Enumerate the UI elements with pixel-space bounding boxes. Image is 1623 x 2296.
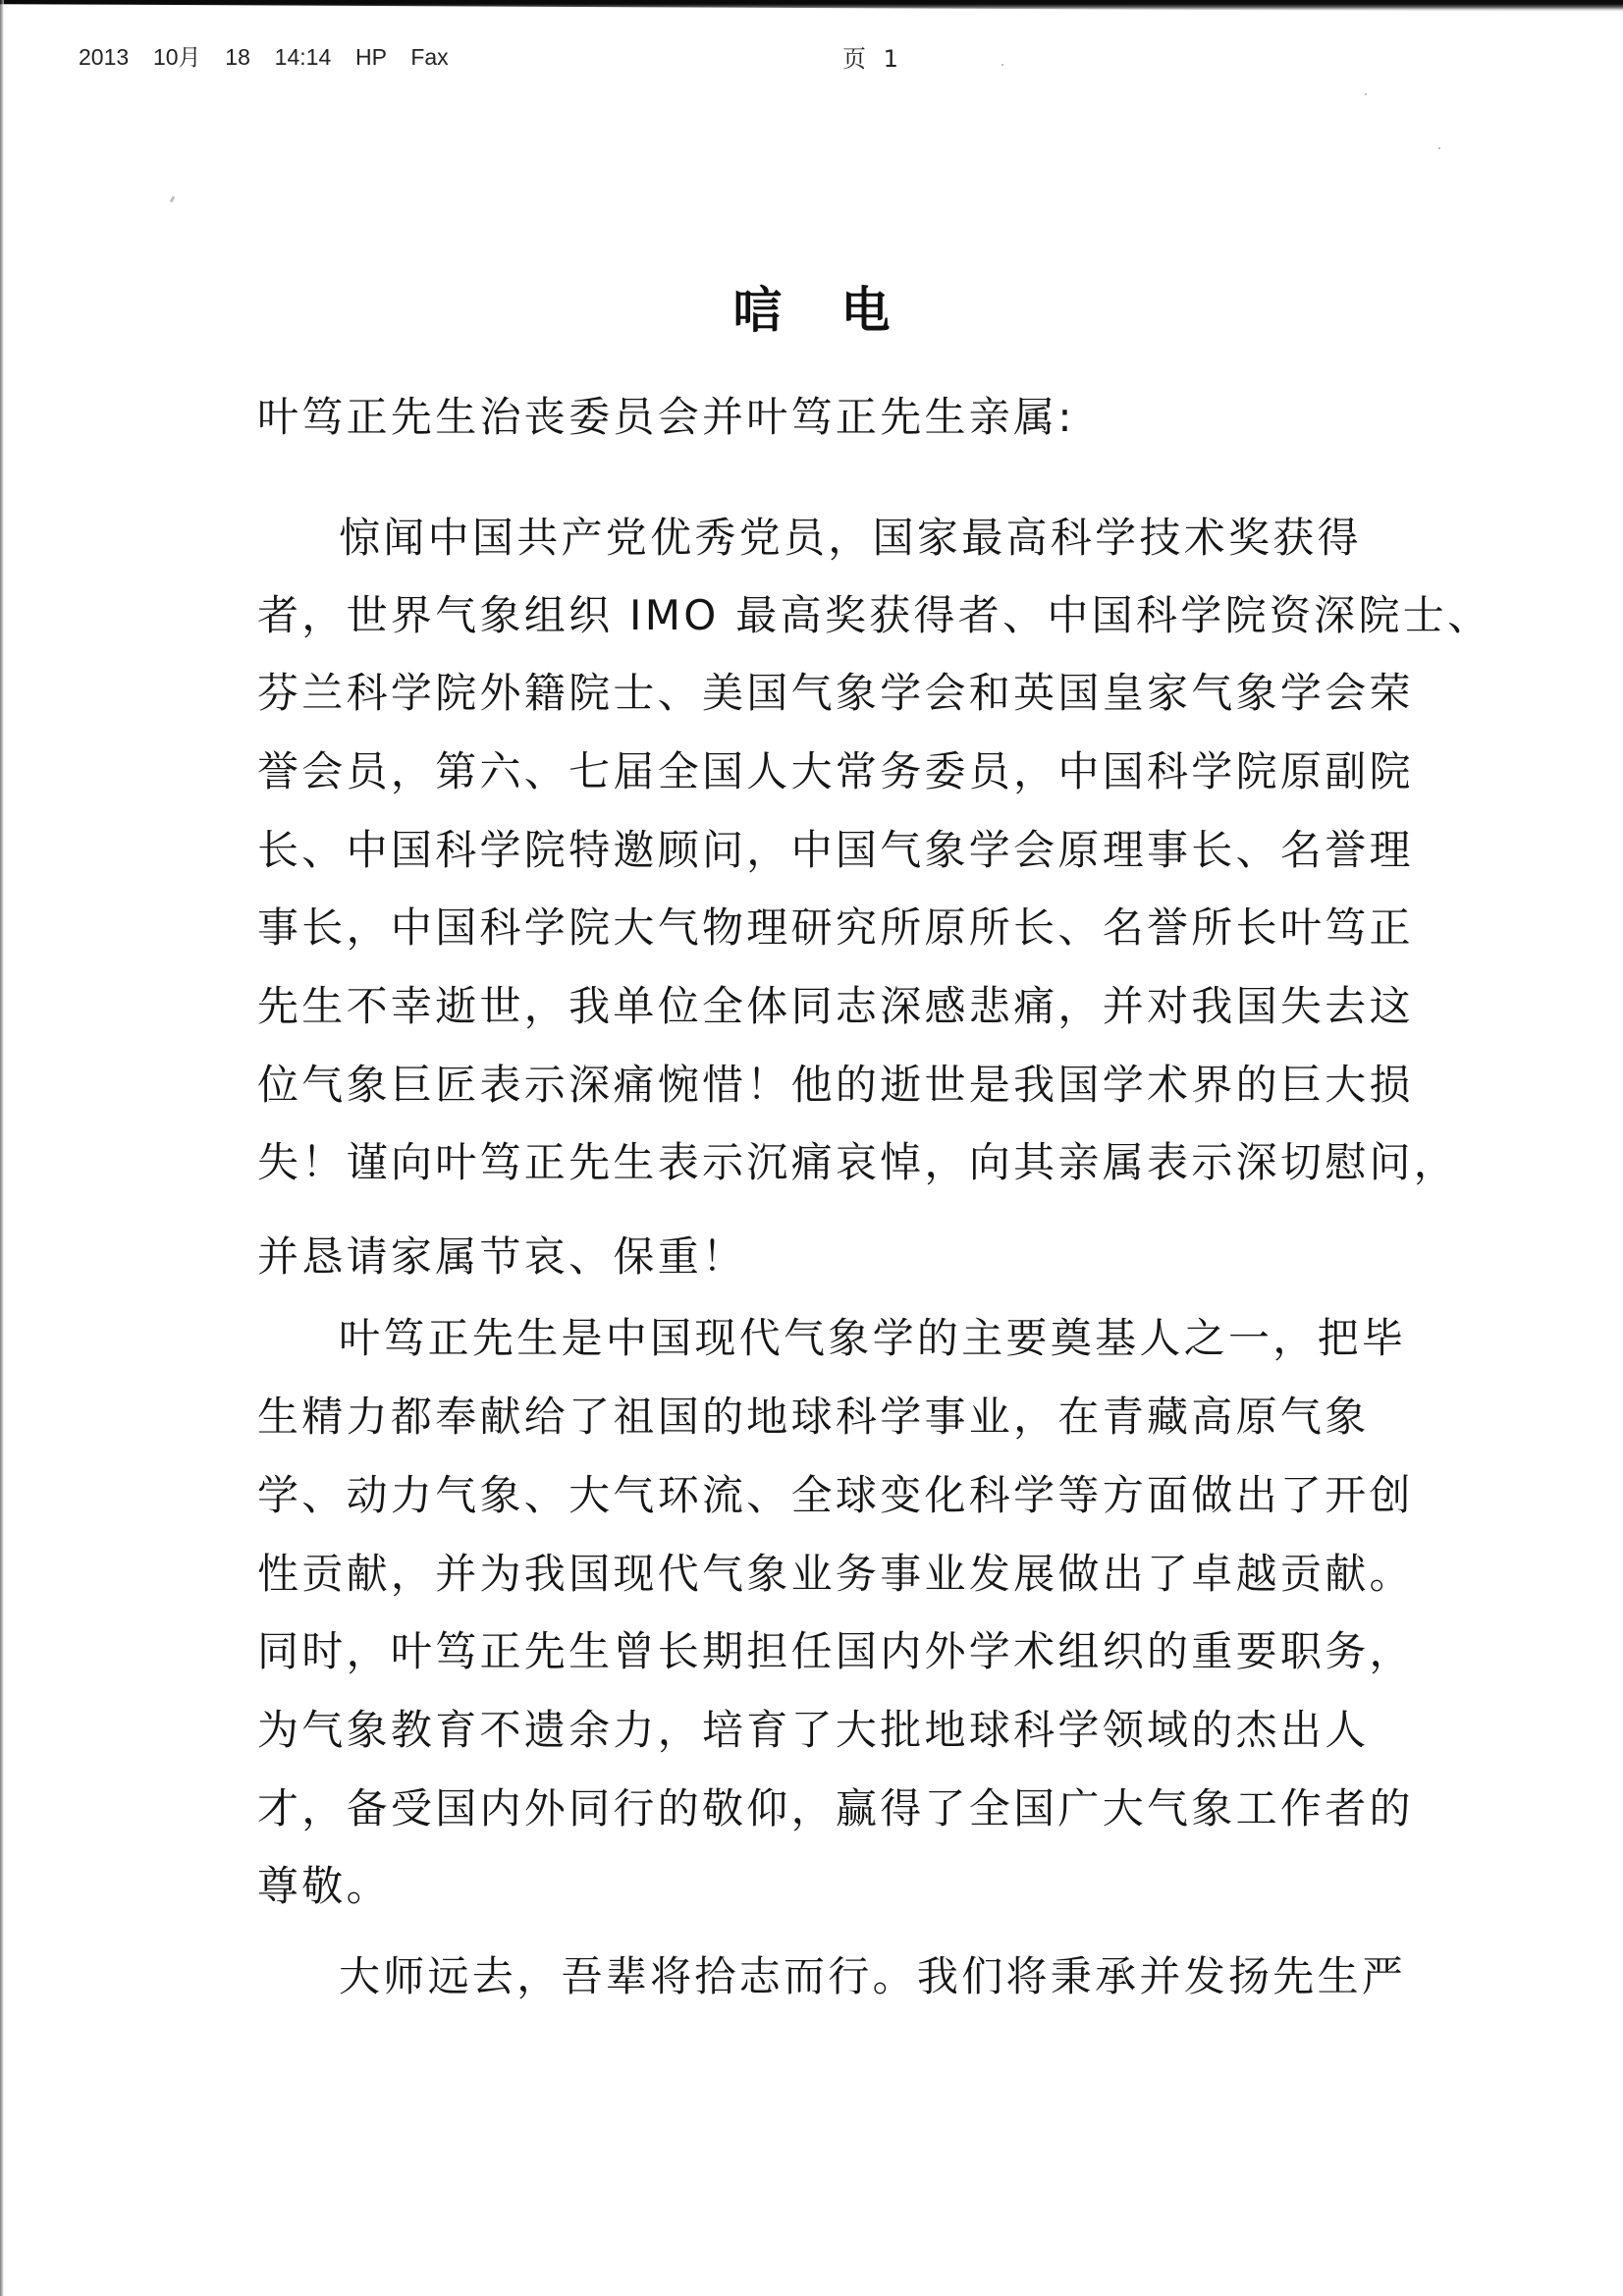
- scan-top-edge: [0, 0, 1623, 12]
- document-title: 唁电: [0, 271, 1623, 342]
- paragraph-line: 先生不幸逝世，我单位全体同志深感悲痛，并对我国失去这: [257, 982, 1414, 1031]
- paragraph-line: 叶笃正先生是中国现代气象学的主要奠基人之一，把毕: [339, 1314, 1406, 1363]
- scan-speck: [1438, 147, 1440, 149]
- fax-page-number: 页 1: [842, 39, 898, 74]
- paragraph-line: 生精力都奉献给了祖国的地球科学事业，在青藏高原气象: [257, 1393, 1370, 1442]
- paragraph-line: 才，备受国内外同行的敬仰，赢得了全国广大气象工作者的: [257, 1784, 1414, 1833]
- paragraph-line: 芬兰科学院外籍院士、美国气象学会和英国皇家气象学会荣: [257, 669, 1414, 718]
- paragraph-line: 事长，中国科学院大气物理研究所原所长、名誉所长叶笃正: [257, 903, 1414, 953]
- paragraph-line: 失！谨向叶笃正先生表示沉痛哀悼，向其亲属表示深切慰问，: [257, 1138, 1458, 1187]
- scan-speck: [170, 196, 176, 203]
- scan-left-edge: [0, 0, 4, 2296]
- scan-speck: [1365, 93, 1367, 95]
- salutation: 叶笃正先生治丧委员会并叶笃正先生亲属:: [257, 393, 1075, 442]
- paragraph-line: 为气象教育不遗余力，培育了大批地球科学领域的杰出人: [257, 1706, 1370, 1755]
- paragraph-line: 尊敬。: [257, 1862, 391, 1911]
- paragraph-line: 者，世界气象组织 IMO 最高奖获得者、中国科学院资深院士、: [257, 591, 1491, 640]
- paragraph-line: 惊闻中国共产党优秀党员，国家最高科学技术奖获得: [339, 514, 1362, 563]
- paragraph-line: 长、中国科学院特邀顾问，中国气象学会原理事长、名誉理: [257, 826, 1414, 875]
- paragraph-line: 大师远去，吾辈将拾志而行。我们将秉承并发扬先生严: [339, 1952, 1406, 2001]
- paragraph-line: 学、动力气象、大气环流、全球变化科学等方面做出了开创: [257, 1471, 1414, 1520]
- paragraph-line: 位气象巨匠表示深痛惋惜！他的逝世是我国学术界的巨大损: [257, 1061, 1414, 1110]
- paragraph-line: 誉会员，第六、七届全国人大常务委员，中国科学院原副院: [257, 747, 1414, 796]
- paragraph-line: 同时，叶笃正先生曾长期担任国内外学术组织的重要职务，: [257, 1627, 1414, 1676]
- fax-header-timestamp: 2013 10月 18 14:14 HP Fax: [79, 39, 449, 72]
- paragraph-line: 性贡献，并为我国现代气象业务事业发展做出了卓越贡献。: [257, 1550, 1414, 1599]
- scan-speck: [1001, 64, 1003, 66]
- paragraph-line: 并恳请家属节哀、保重！: [257, 1232, 746, 1282]
